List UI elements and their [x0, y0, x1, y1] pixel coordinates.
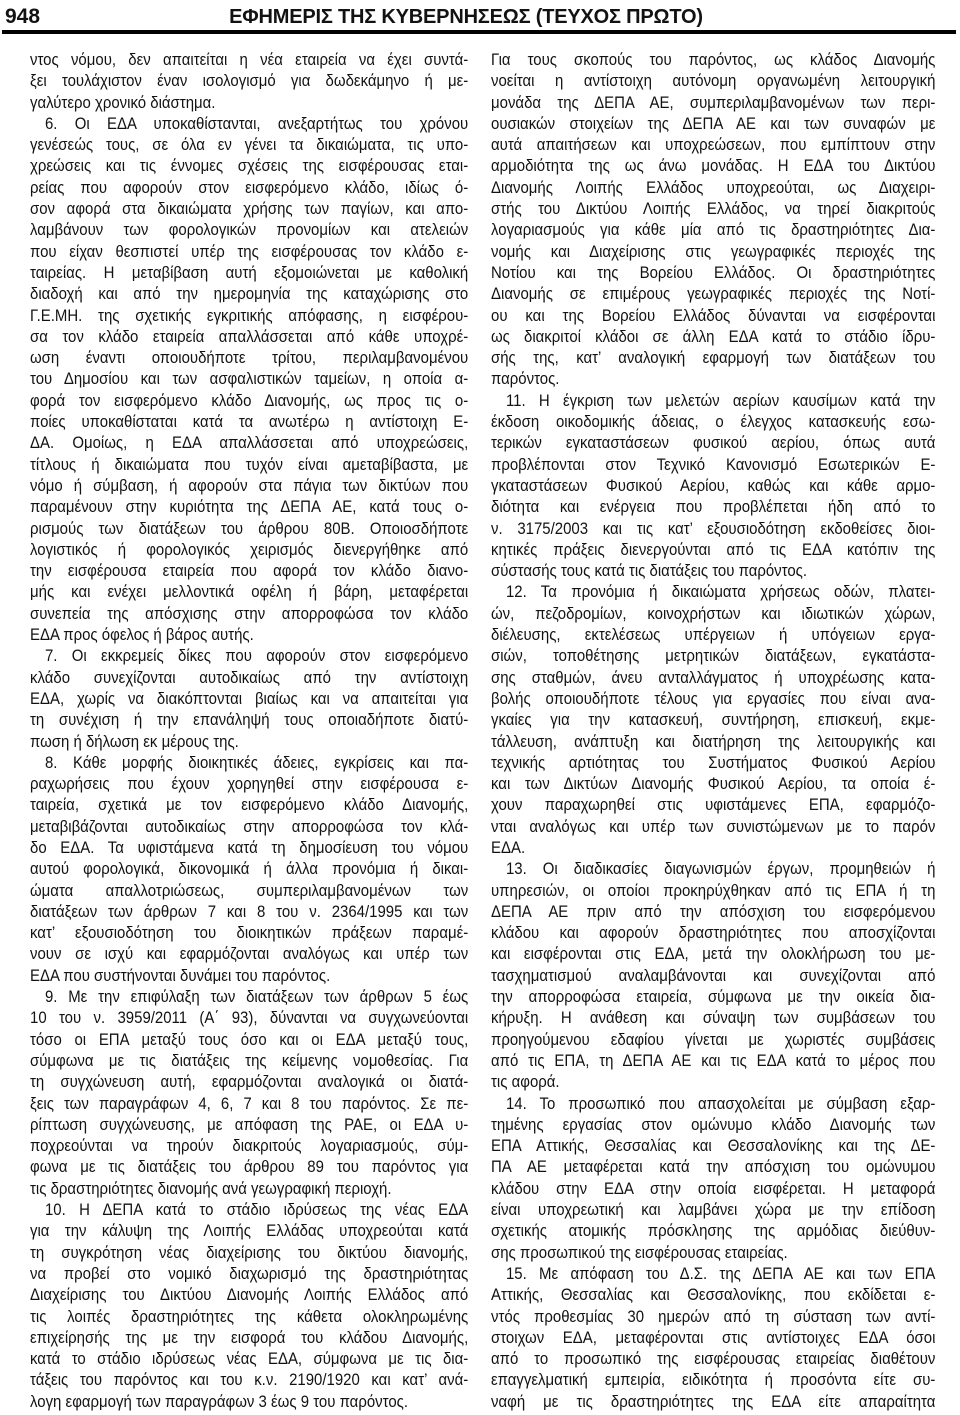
text-line: τη συγχώνευση αυτή, εφαρμόζονται αναλογι…: [30, 1071, 468, 1092]
text-line: ντος νόμου, δεν απαιτείται η νέα εταιρεί…: [30, 49, 468, 70]
text-line: μονάδα της ΔΕΠΑ ΑΕ, συμπεριλαμβανομένων …: [491, 92, 935, 113]
text-line: σύμφωνα με τις διατάξεις της κείμενης νο…: [30, 1050, 468, 1071]
text-line: του Δημοσίου και των ασφαλιστικών ταμείω…: [30, 368, 468, 389]
text-line: τόσο οι ΕΠΑ μεταξύ τους όσο και οι ΕΔΑ μ…: [30, 1029, 468, 1050]
text-line: και εισφέρονται στις ΕΔΑ, μετά την ολοκλ…: [491, 943, 935, 964]
text-line: και των Δικτύων Διανομής Φυσικού Αερίου,…: [491, 773, 935, 794]
text-line: σιών, τοποθέτησης μετρητικών διατάξεων, …: [491, 645, 935, 666]
text-line: να προβεί στο νομικό διαχωρισμό της δρασ…: [30, 1263, 468, 1284]
text-line: στοιχων ΕΔΑ, μεταφέρονται στις αντίστοιχ…: [491, 1327, 935, 1348]
text-line: ξεις των παραγράφων 4, 6, 7 και 8 του πα…: [30, 1093, 468, 1114]
text-line: ωση έναντι οποιουδήποτε τρίτου, περιλαμβ…: [30, 347, 468, 368]
text-line: ΕΔΑ.: [491, 837, 935, 858]
text-line: προβλέπονται στον Τεχνικό Κανονισμό Εσωτ…: [491, 454, 935, 475]
text-line: παραμένουν στην κυριότητα της ΔΕΠΑ ΑΕ, κ…: [30, 496, 468, 517]
text-line: τασχηματισμού αναλαμβάνονται και συνεχίζ…: [491, 965, 935, 986]
text-line: επιχείρησής της με την εισφορά του κλάδο…: [30, 1327, 468, 1348]
text-line: ώματα απαλλοτριώσεως, συμπεριλαμβανομένω…: [30, 880, 468, 901]
text-line: 10. Η ΔΕΠΑ κατά το στάδιο ιδρύσεως της ν…: [30, 1199, 468, 1220]
text-line: ταιρείας. Η μεταβίβαση αυτή εξομοιώνεται…: [30, 262, 468, 283]
text-line: Διαχείρισης του Δικτύου Διανομής Λοιπής …: [30, 1284, 468, 1305]
text-line: από το προσωπικό της εισφέρουσας εταιρεί…: [491, 1348, 935, 1369]
text-line: ναφή με τις δραστηριότητες της ΕΔΑ είτε …: [491, 1391, 935, 1412]
text-line: προηγούμενου εδαφίου γίνεται με χωριστές…: [491, 1029, 935, 1050]
column-left: ντος νόμου, δεν απαιτείται η νέα εταιρεί…: [30, 49, 468, 1412]
text-line: ών, πεζοδρομίων, κοινοχρήστων και ιδιωτι…: [491, 603, 935, 624]
text-line: ποίες υποκαθίσταται κατά τα ανωτέρω η αν…: [30, 411, 468, 432]
text-line: τερικών εγκαταστάσεων φυσικού αερίου, όπ…: [491, 432, 935, 453]
text-line: ξει τουλάχιστον έναν ισολογισμό για δωδε…: [30, 70, 468, 91]
text-line: αρμοδιότητα της ως άνω μονάδας. Η ΕΔΑ το…: [491, 155, 935, 176]
text-line: σής της, κατ’ αναλογική εφαρμογή των δια…: [491, 347, 935, 368]
text-line: ΕΔΑ που συστήνονται δυνάμει του παρόντος…: [30, 965, 468, 986]
text-line: νουν σε ισχύ και εφαρμόζονται αναλόγως κ…: [30, 943, 468, 964]
text-line: ρισμούς των διατάξεων του άρθρου 80Β. Οπ…: [30, 518, 468, 539]
text-line: από τις ΕΠΑ, τη ΔΕΠΑ ΑΕ και τις ΕΔΑ κατά…: [491, 1050, 935, 1071]
text-line: ν. 3175/2003 και τις κατ’ εξουσιοδότηση …: [491, 518, 935, 539]
gazette-title: ΕΦΗΜΕΡΙΣ ΤΗΣ ΚΥΒΕΡΝΗΣΕΩΣ (ΤΕΥΧΟΣ ΠΡΩΤΟ): [0, 6, 932, 29]
text-line: ρίπτωση συγχώνευσης, με απόφαση της ΡΑΕ,…: [30, 1114, 468, 1135]
text-line: ταιρεία, σχετικά με τον εισφερόμενο κλάδ…: [30, 794, 468, 815]
text-line: αυτού φορολογικά, δικονομικά ή άλλα προν…: [30, 858, 468, 879]
text-line: ΕΠΑ Αττικής, Θεσσαλίας και Θεσσαλονίκης …: [491, 1135, 935, 1156]
text-line: που είχαν θεσπιστεί υπέρ της εισφέρουσας…: [30, 241, 468, 262]
text-line: γαλύτερο χρονικό διάστημα.: [30, 92, 468, 113]
page-header: 948 ΕΦΗΜΕΡΙΣ ΤΗΣ ΚΥΒΕΡΝΗΣΕΩΣ (ΤΕΥΧΟΣ ΠΡΩ…: [0, 0, 960, 34]
text-line: τάξεις του παρόντος και του κ.ν. 2190/19…: [30, 1369, 468, 1390]
text-line: κητικές πράξεις διενεργούνται από τις ΕΔ…: [491, 539, 935, 560]
text-line: τις αφορά.: [491, 1071, 935, 1092]
text-line: 14. Το προσωπικό που απασχολείται με σύμ…: [491, 1093, 935, 1114]
text-line: τίτλους ή δικαιώματα που τυχόν είναι αμε…: [30, 454, 468, 475]
text-line: ρείας που αφορούν στον εισφερόμενο κλάδο…: [30, 177, 468, 198]
text-line: Αττικής, Θεσσαλίας και Θεσσαλονίκης, που…: [491, 1284, 935, 1305]
text-line: Νοτίου και της Βορείου Ελλάδος. Οι δραστ…: [491, 262, 935, 283]
text-line: την απορροφώσα εταιρεία, σύμφωνα με την …: [491, 986, 935, 1007]
text-line: επαγγελματική εμπειρία, ειδικότητα ή προ…: [491, 1369, 935, 1390]
text-line: σύστασής τους κατά τις διατάξεις του παρ…: [491, 560, 935, 581]
text-line: γενέσεώς τους, σε όλα εν γένει τα δικαιώ…: [30, 134, 468, 155]
text-line: λογαριασμούς για κάθε μία από τις δραστη…: [491, 219, 935, 240]
text-line: χρεώσεις και τις έννομες σχέσεις της εισ…: [30, 155, 468, 176]
text-line: νοείται η αντίστοιχη αυτόνομη οργανωμένη…: [491, 70, 935, 91]
text-line: 11. Η έγκριση των μελετών αερίων καυσίμω…: [491, 390, 935, 411]
text-line: 7. Οι εκκρεμείς δίκες που αφορούν στον ε…: [30, 645, 468, 666]
text-line: τάλλευση, ανάπτυξη και διατήρηση της λει…: [491, 731, 935, 752]
text-line: βολής οποιουδήποτε τέλους για εργασίες π…: [491, 688, 935, 709]
text-line: έκδοση οικοδομικής άδειας, ο έλεγχος κατ…: [491, 411, 935, 432]
text-line: ΔΕΠΑ ΑΕ πριν από την απόσχιση του εισφερ…: [491, 901, 935, 922]
text-line: τις λοιπές δραστηριότητες της κάθετα ολο…: [30, 1306, 468, 1327]
text-line: Διανομής Λοιπής Ελλάδος υποχρεούται, ως …: [491, 177, 935, 198]
text-line: 10 του ν. 3959/2011 (Α΄ 93), δύνανται να…: [30, 1007, 468, 1028]
text-line: ουσιακών στοιχείων της ΔΕΠΑ ΑΕ και των σ…: [491, 113, 935, 134]
gazette-page: 948 ΕΦΗΜΕΡΙΣ ΤΗΣ ΚΥΒΕΡΝΗΣΕΩΣ (ΤΕΥΧΟΣ ΠΡΩ…: [0, 0, 960, 1415]
text-line: υπηρεσιών, οι οποίοι προκηρύχθηκαν από τ…: [491, 880, 935, 901]
text-line: διότητα και ενέργεια που προβλέπεται ήδη…: [491, 496, 935, 517]
text-line: κήρυξη. Η ανάθεση και σύναψη των συμβάσε…: [491, 1007, 935, 1028]
text-line: είναι υποχρεωτική και λαμβάνει χώρα με τ…: [491, 1199, 935, 1220]
text-line: τη συνέχιση ή την επανάληψή τους οποιαδή…: [30, 709, 468, 730]
text-line: διαδοχή και από την ημερομηνία της καταχ…: [30, 283, 468, 304]
text-line: ΠΑ ΑΕ μεταφέρεται κατά την απόσχιση του …: [491, 1156, 935, 1177]
text-line: 6. Οι ΕΔΑ υποκαθίστανται, ανεξαρτήτως το…: [30, 113, 468, 134]
text-line: την εισφέρουσα εταιρεία που αφορά τον κλ…: [30, 560, 468, 581]
text-line: νται αναλόγως και υπέρ των συνιστώμενων …: [491, 816, 935, 837]
text-line: ποχρεούνται να τηρούν διακριτούς λογαρια…: [30, 1135, 468, 1156]
text-line: παρόντος.: [491, 368, 935, 389]
text-line: τημένης εργασίας στον ομώνυμο κλάδο Διαν…: [491, 1114, 935, 1135]
text-line: Γ.Ε.ΜΗ. της σχετικής εγκριτικής απόφασης…: [30, 305, 468, 326]
text-line: σης προσωπικού της εισφέρουσας εταιρείας…: [491, 1242, 935, 1263]
text-line: γκαίες για την κατασκευή, συντήρηση, επι…: [491, 709, 935, 730]
text-line: σχετικής ατομικής πρόσκλησης της αρμόδια…: [491, 1220, 935, 1241]
text-line: λογη εφαρμογή των παραγράφων 3 έως 9 του…: [30, 1391, 468, 1412]
text-line: αυτά απαιτήσεων και υποχρεώσεων, που εμπ…: [491, 134, 935, 155]
text-line: κλάδου στην ΕΔΑ στην οποία εισφέρεται. Η…: [491, 1178, 935, 1199]
text-line: ου και της Βορείου Ελλάδος δύνανται να ε…: [491, 305, 935, 326]
text-line: διατάξεων των άρθρων 7 και 8 του ν. 2364…: [30, 901, 468, 922]
text-line: στής του Δικτύου Λοιπής Ελλάδος, να τηρε…: [491, 198, 935, 219]
text-line: 13. Οι διαδικασίες διαγωνισμών έργων, πρ…: [491, 858, 935, 879]
text-line: νόμο ή σύμβαση, ή αφορούν στα πάγια των …: [30, 475, 468, 496]
text-line: μής και ενέχει μελλοντικά οφέλη ή βάρη, …: [30, 581, 468, 602]
text-line: 15. Με απόφαση του Δ.Σ. της ΔΕΠΑ ΑΕ και …: [491, 1263, 935, 1284]
text-line: κλάδου και αφορούν δραστηριότητες που απ…: [491, 922, 935, 943]
header-rule: [2, 30, 956, 34]
text-line: κατ’ εξουσιοδότηση του διοικητικών πράξε…: [30, 922, 468, 943]
text-line: ΔΑ. Ομοίως, η ΕΔΑ απαλλάσσεται από υποχρ…: [30, 432, 468, 453]
text-line: συνεπεία της απόσχισης στην απορροφώσα τ…: [30, 603, 468, 624]
text-line: σης σταθμών, άνευ ανταλλάγματος ή υποχρέ…: [491, 667, 935, 688]
text-line: κλάδο συνεχίζονται αυτοδικαίως από την α…: [30, 667, 468, 688]
text-line: τις δραστηριότητες διανομής ανά γεωγραφι…: [30, 1178, 468, 1199]
text-line: ντός προθεσμίας 30 ημερών από τη σύσταση…: [491, 1306, 935, 1327]
text-line: φωνα με τις διατάξεις του άρθρου 89 του …: [30, 1156, 468, 1177]
text-line: τη συγκρότηση νέας διαχείρισης του δικτύ…: [30, 1242, 468, 1263]
column-right: Για τους σκοπούς του παρόντος, ως κλάδος…: [491, 49, 935, 1412]
text-line: ραχωρήσεις που έχουν χορηγηθεί στην εισφ…: [30, 773, 468, 794]
text-line: πωση ή δήλωση εκ μέρους της.: [30, 731, 468, 752]
text-line: 9. Με την επιφύλαξη των διατάξεων των άρ…: [30, 986, 468, 1007]
text-line: σα τον κλάδο εταιρεία απαλλάσσεται από κ…: [30, 326, 468, 347]
text-line: γκαταστάσεων Φυσικού Αερίου, καθώς και κ…: [491, 475, 935, 496]
text-line: μεταβιβάζονται αυτοδικαίως στην απορροφώ…: [30, 816, 468, 837]
text-line: λαμβάνουν των φορολογικών προνομίων και …: [30, 219, 468, 240]
text-line: διέλευσης, εκτελέσεως υπέργειων ή υπόγει…: [491, 624, 935, 645]
text-line: δο ΕΔΑ. Τα υφιστάμενα κατά τη δημοσίευση…: [30, 837, 468, 858]
text-line: 12. Τα προνόμια ή δικαιώματα χρήσεως οδώ…: [491, 581, 935, 602]
text-line: σον αφορά στα δικαιώματα χρήσης των παγί…: [30, 198, 468, 219]
text-line: Για τους σκοπούς του παρόντος, ως κλάδος…: [491, 49, 935, 70]
text-line: για την κάλυψη της Λοιπής Ελλάδας υποχρε…: [30, 1220, 468, 1241]
text-line: νομής και Διαχείρισης στις γεωγραφικές π…: [491, 241, 935, 262]
text-line: Διανομής σε επιμέρους γεωγραφικές περιοχ…: [491, 283, 935, 304]
text-line: τεχνικής αρτιότητας του Συστήματος Φυσικ…: [491, 752, 935, 773]
text-line: φορά τον εισφερόμενο κλάδο Διανομής, ως …: [30, 390, 468, 411]
text-line: λογιστικός ή φορολογικός χειρισμός διενε…: [30, 539, 468, 560]
text-line: ως διακριτοί κλάδοι σε άλλη ΕΔΑ κατά το …: [491, 326, 935, 347]
text-line: 8. Κάθε μορφής διοικητικές άδειες, εγκρί…: [30, 752, 468, 773]
text-line: ΕΔΑ προς όφελος ή βάρος αυτής.: [30, 624, 468, 645]
text-line: ΕΔΑ, χωρίς να διακόπτονται βιαίως και να…: [30, 688, 468, 709]
text-line: κατά το στάδιο ιδρύσεως νέας ΕΔΑ, σύμφων…: [30, 1348, 468, 1369]
text-line: χουν παραχωρηθεί στις υφιστάμενες ΕΠΑ, ε…: [491, 794, 935, 815]
